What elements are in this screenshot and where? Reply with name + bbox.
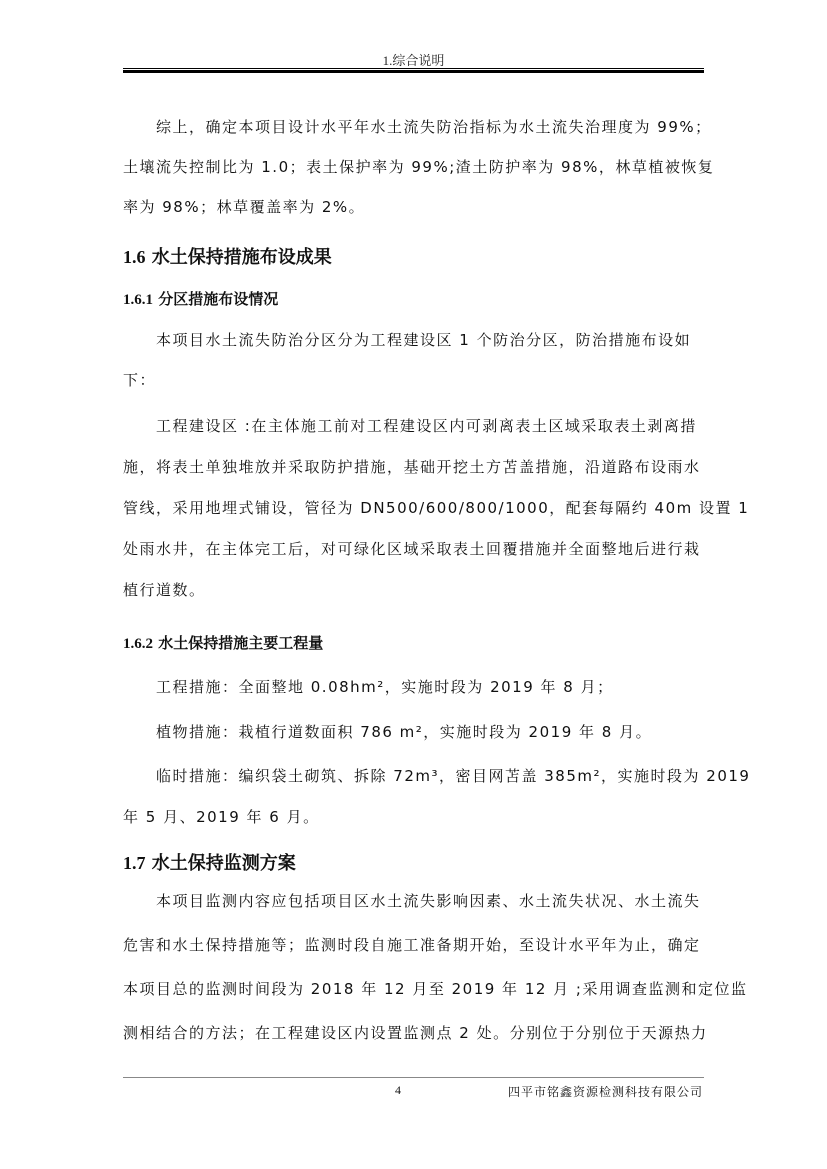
paragraph-construction-zone: 工程建设区 :在主体施工前对工程建设区内可剥离表土区域采取表土剥离措 施，将表土… <box>123 416 704 616</box>
subsection-title: 水土保持措施主要工程量 <box>158 634 323 652</box>
section-title: 水土保持措施布设成果 <box>152 247 332 268</box>
text-line: 下： <box>123 370 156 390</box>
subsection-number: 1.6.1 <box>123 292 153 308</box>
paragraph-zones: 本项目水土流失防治分区分为工程建设区 1 个防治分区，防治措施布设如 下： <box>123 330 704 390</box>
text-line: 工程建设区 :在主体施工前对工程建设区内可剥离表土区域采取表土剥离措 <box>123 416 697 436</box>
text-line: 本项目水土流失防治分区分为工程建设区 1 个防治分区，防治措施布设如 <box>123 330 691 350</box>
quantity-temporary-cont: 年 5 月、2019 年 6 月。 <box>123 807 320 827</box>
header-title: 1.综合说明 <box>0 50 827 69</box>
subsection-number: 1.6.2 <box>123 636 153 652</box>
quantity-vegetation: 植物措施：栽植行道数面积 786 m²，实施时段为 2019 年 8 月。 <box>123 722 652 742</box>
header-rule-thick <box>123 70 704 73</box>
text-line: 测相结合的方法；在工程建设区内设置监测点 2 处。分别位于分别位于天源热力 <box>123 1023 708 1043</box>
header-rule-thin <box>123 68 704 69</box>
text-line: 综上，确定本项目设计水平年水土流失防治指标为水土流失治理度为 99%； <box>123 117 712 137</box>
section-number: 1.6 <box>123 247 146 267</box>
subsection-heading-1-6-1: 1.6.1 分区措施布设情况 <box>123 288 278 309</box>
text-line: 管线，采用地埋式铺设，管径为 DN500/600/800/1000，配套每隔约 … <box>123 498 749 518</box>
section-heading-1-7: 1.7 水土保持监测方案 <box>123 849 296 875</box>
paragraph-monitoring: 本项目监测内容应包括项目区水土流失影响因素、水土流失状况、水土流失 危害和水土保… <box>123 891 704 1061</box>
quantity-temporary: 临时措施：编织袋土砌筑、拆除 72m³，密目网苫盖 385m²，实施时段为 20… <box>123 766 750 786</box>
subsection-title: 分区措施布设情况 <box>158 290 278 308</box>
text-line: 土壤流失控制比为 1.0；表土保护率为 99%;渣土防护率为 98%，林草植被恢… <box>123 157 714 177</box>
section-number: 1.7 <box>123 853 146 873</box>
text-line: 处雨水井，在主体完工后，对可绿化区域采取表土回覆措施并全面整地后进行栽 <box>123 539 701 559</box>
footer-company: 四平市铭鑫资源检测科技有限公司 <box>508 1083 703 1100</box>
page-number: 4 <box>395 1083 401 1098</box>
text-line: 施，将表土单独堆放并采取防护措施，基础开挖土方苫盖措施，沿道路布设雨水 <box>123 457 701 477</box>
quantity-engineering: 工程措施：全面整地 0.08hm²，实施时段为 2019 年 8 月； <box>123 677 614 697</box>
text-line: 危害和水土保持措施等；监测时段自施工准备期开始，至设计水平年为止，确定 <box>123 935 701 955</box>
quantities-list: 工程措施：全面整地 0.08hm²，实施时段为 2019 年 8 月； 植物措施… <box>123 677 704 817</box>
section-heading-1-6: 1.6 水土保持措施布设成果 <box>123 243 332 269</box>
footer-rule <box>123 1077 704 1078</box>
text-line: 本项目总的监测时间段为 2018 年 12 月至 2019 年 12 月 ;采用… <box>123 979 748 999</box>
section-title: 水土保持监测方案 <box>152 853 296 874</box>
text-line: 本项目监测内容应包括项目区水土流失影响因素、水土流失状况、水土流失 <box>123 891 701 911</box>
text-line: 植行道数。 <box>123 580 206 600</box>
text-line: 率为 98%；林草覆盖率为 2%。 <box>123 197 365 217</box>
subsection-heading-1-6-2: 1.6.2 水土保持措施主要工程量 <box>123 632 323 653</box>
summary-paragraph: 综上，确定本项目设计水平年水土流失防治指标为水土流失治理度为 99%； 土壤流失… <box>123 117 704 217</box>
